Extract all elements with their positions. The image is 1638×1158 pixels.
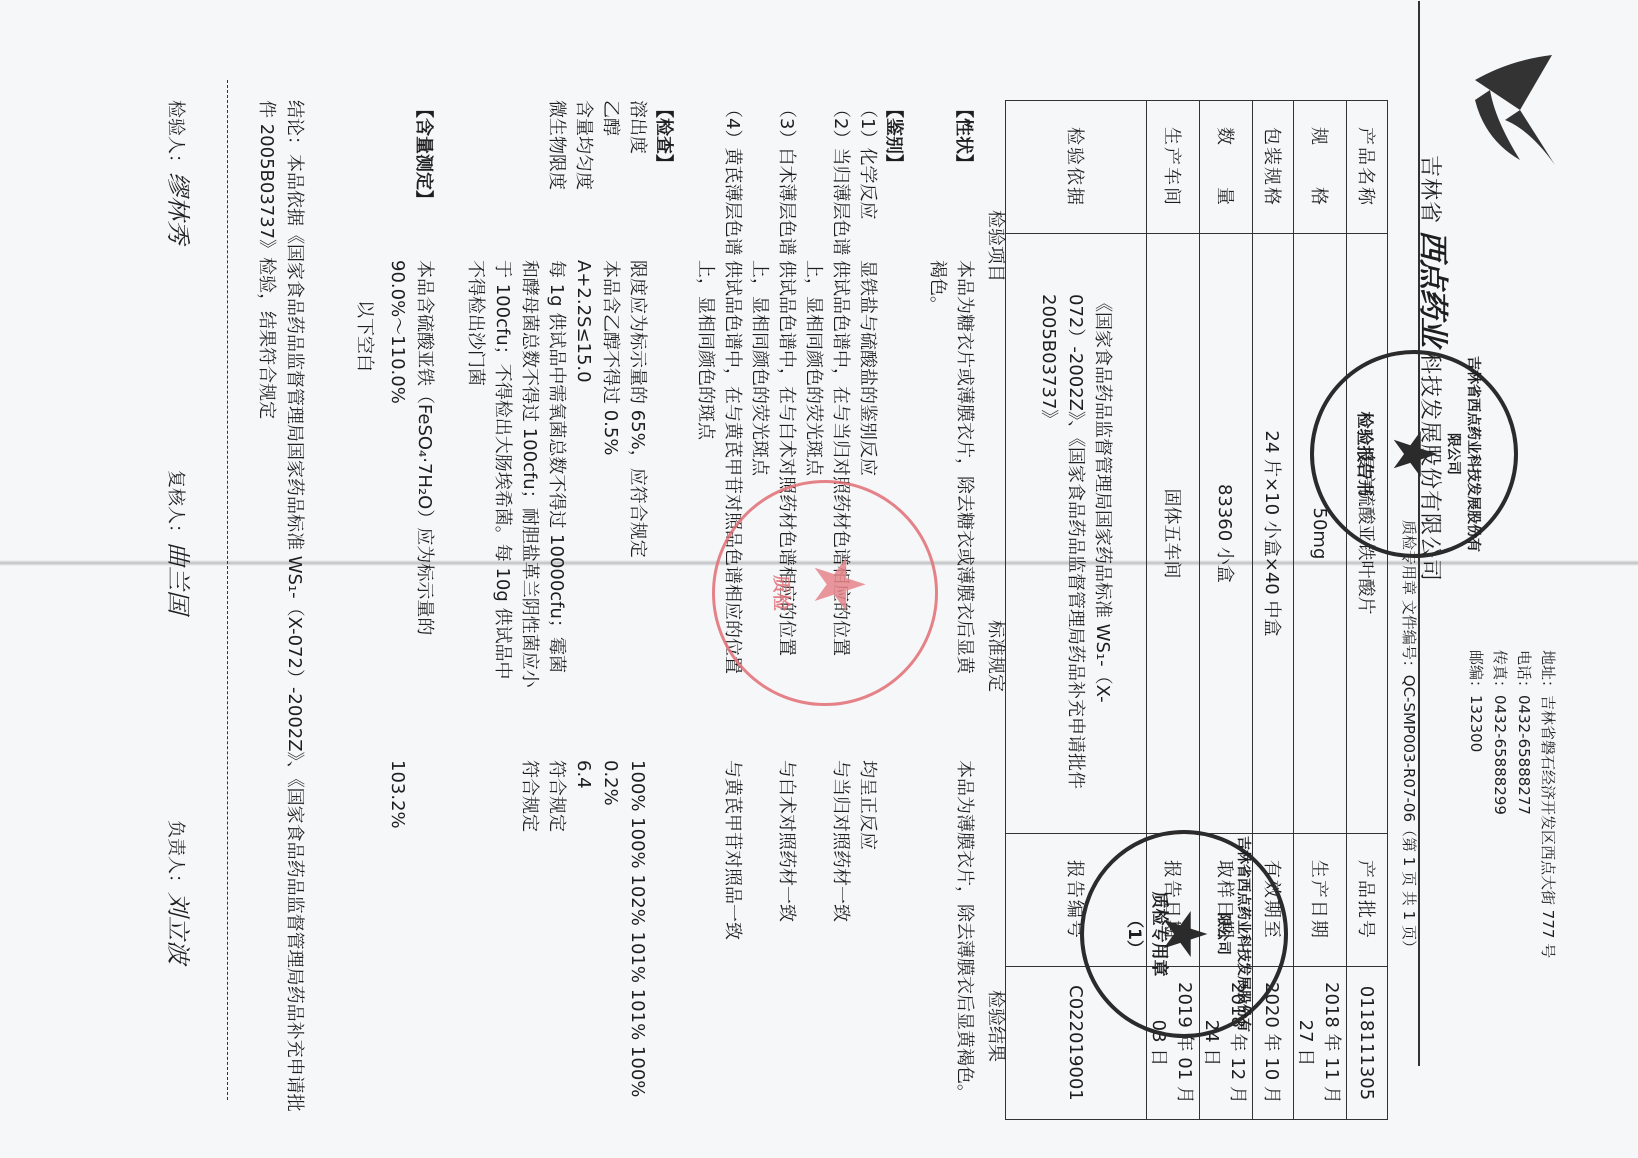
result-microbial: 符合规定 符合规定: [516, 760, 570, 840]
label-pack: 包装规格: [1253, 101, 1294, 234]
stamp-ring-text: 吉林省西点药业科技发展股份有限公司: [1214, 834, 1254, 1034]
item-uniformity: 含量均匀度: [570, 100, 597, 190]
quantity: 83360 小盒: [1200, 234, 1253, 834]
reviewer-signature: 复核人：曲兰国: [163, 470, 198, 614]
standard-ethanol: 本品含乙醇不得过 0.5%: [597, 260, 624, 690]
stamp-ring-text: 吉林省西点药业科技发展股份有限公司: [1444, 354, 1484, 554]
report-stamp: 吉林省西点药业科技发展股份有限公司 ★ 检验报告书: [1310, 350, 1518, 558]
table-row: 规 格 50mg 生产日期 2018 年 11 月 27 日: [1294, 101, 1347, 1120]
label-spec: 规 格: [1294, 101, 1347, 234]
standard-uniformity: A+2.2S≤15.0: [570, 260, 597, 690]
basis: 《国家食品药品监督管理局国家药品标准 WS₁-（X-072）-2002Z》、《国…: [1006, 234, 1147, 834]
result-baizhu: 与白术对照药材一致: [773, 760, 800, 1120]
item-huangqi: （4）黄芪薄层色谱: [719, 100, 746, 255]
reviewer-name: 曲兰国: [164, 542, 192, 614]
inspection-report-page: 吉林省西点药业科技发展股份有限公司 地址：吉林省磐石经济开发区西点大街 777 …: [0, 0, 1638, 1158]
item-dissolution: 溶出度: [624, 100, 651, 154]
conclusion: 结论：本品依据《国家食品药品监督管理局国家药品标准 WS₁-（X-072）-20…: [252, 100, 308, 1120]
document-number: 质检专用章 文件编号：QC-SMP003-R07-06（第 1 页 共 1 页）: [1399, 520, 1420, 955]
phone: 电话：0432-65888277: [1512, 650, 1536, 958]
star-icon: ★: [1379, 427, 1449, 481]
section-appearance: 【性状】: [952, 100, 978, 172]
label-qty: 数 量: [1200, 101, 1253, 234]
qc-stamp-label: 质检专用章: [1149, 892, 1169, 977]
qc-stamp-sub: （1）: [1124, 911, 1144, 957]
contact-block: 地址：吉林省磐石经济开发区西点大街 777 号 电话：0432-65888277…: [1464, 650, 1560, 958]
standard-assay: 本品含硫酸亚铁（FeSO₄·7H₂O）应为标示量的 90.0%～110.0%: [384, 260, 438, 690]
company-brand: 西点药业: [1415, 230, 1450, 346]
result-dissolution: 100% 100% 102% 101% 101% 100%: [624, 760, 651, 1120]
label-basis: 检验依据: [1006, 101, 1147, 234]
result-ethanol: 0.2%: [597, 760, 624, 1120]
inspector-label: 检验人：: [165, 100, 186, 172]
red-stamp-text: 质检: [769, 483, 795, 703]
qc-stamp: 吉林省西点药业科技发展股份有限公司 ★ 质检专用章（1）: [1080, 830, 1288, 1038]
item-chemical: （1）化学反应: [854, 100, 881, 219]
result-chemical: 均呈正反应: [854, 760, 881, 1120]
red-stamp: ★ 质检: [712, 480, 938, 706]
standard-dissolution: 限度应为标示量的 65%，应符合规定: [624, 260, 651, 690]
column-header-result: 检验结果: [984, 990, 1010, 1062]
label-product-name: 产品名称: [1347, 101, 1388, 234]
manager-label: 负责人：: [165, 820, 186, 892]
item-danggui: （2）当归薄层色谱: [827, 100, 854, 255]
result-huangqi: 与黄芪甲苷对照品一致: [719, 760, 746, 1120]
item-microbial: 微生物限度: [543, 100, 570, 190]
table-row: 产品名称 复方硫酸亚铁叶酸片 产品批号 0118111305: [1347, 101, 1388, 1120]
inspector-signature: 检验人：缪林秀: [163, 100, 198, 244]
result-appearance: 本品为薄膜衣片，除去薄膜衣后显黄褐色。: [951, 760, 978, 1120]
label-batch: 产品批号: [1347, 833, 1388, 966]
label-workshop: 生产车间: [1147, 101, 1200, 234]
workshop: 固体五车间: [1147, 234, 1200, 834]
address: 地址：吉林省磐石经济开发区西点大街 777 号: [1536, 650, 1560, 958]
inspector-name: 缪林秀: [164, 172, 192, 244]
standard-microbial: 每 1g 供试品中需氧菌总数不得过 10000cfu；霉菌和酵母菌总数不得过 1…: [462, 260, 570, 690]
batch-number: 0118111305: [1347, 966, 1388, 1119]
item-ethanol: 乙醇: [597, 100, 624, 136]
section-identification: 【鉴别】: [882, 100, 908, 172]
stamp-text: 检验报告书: [1354, 354, 1379, 554]
result-assay: 103.2%: [384, 760, 411, 1120]
column-header-item: 检验项目: [984, 210, 1010, 282]
signature-divider: [227, 80, 228, 1100]
fax: 传真：0432-65888299: [1488, 650, 1512, 958]
reviewer-label: 复核人：: [165, 470, 186, 542]
pack: 24 片×10 小盒×40 中盒: [1253, 234, 1294, 834]
blank-note: 以下空白: [351, 300, 378, 730]
section-assay: 【含量测定】: [412, 100, 438, 208]
company-prefix: 吉林省: [1417, 155, 1442, 224]
mfg-date: 2018 年 11 月 27 日: [1294, 966, 1347, 1119]
item-baizhu: （3）白术薄层色谱: [773, 100, 800, 255]
star-icon: ★: [798, 553, 880, 616]
qc-stamp-text: 质检专用章（1）: [1124, 834, 1174, 1034]
manager-signature: 负责人：刘立波: [163, 820, 198, 964]
spec: 50mg: [1294, 234, 1347, 834]
bird-logo-icon: [1468, 50, 1560, 170]
label-mfg-date: 生产日期: [1294, 833, 1347, 966]
manager-name: 刘立波: [164, 892, 192, 964]
postcode: 邮编：132300: [1464, 650, 1488, 958]
column-header-standard: 标准规定: [984, 620, 1010, 692]
section-inspection: 【检查】: [652, 100, 678, 172]
result-danggui: 与当归对照药材一致: [827, 760, 854, 1120]
result-uniformity: 6.4: [570, 760, 597, 1120]
